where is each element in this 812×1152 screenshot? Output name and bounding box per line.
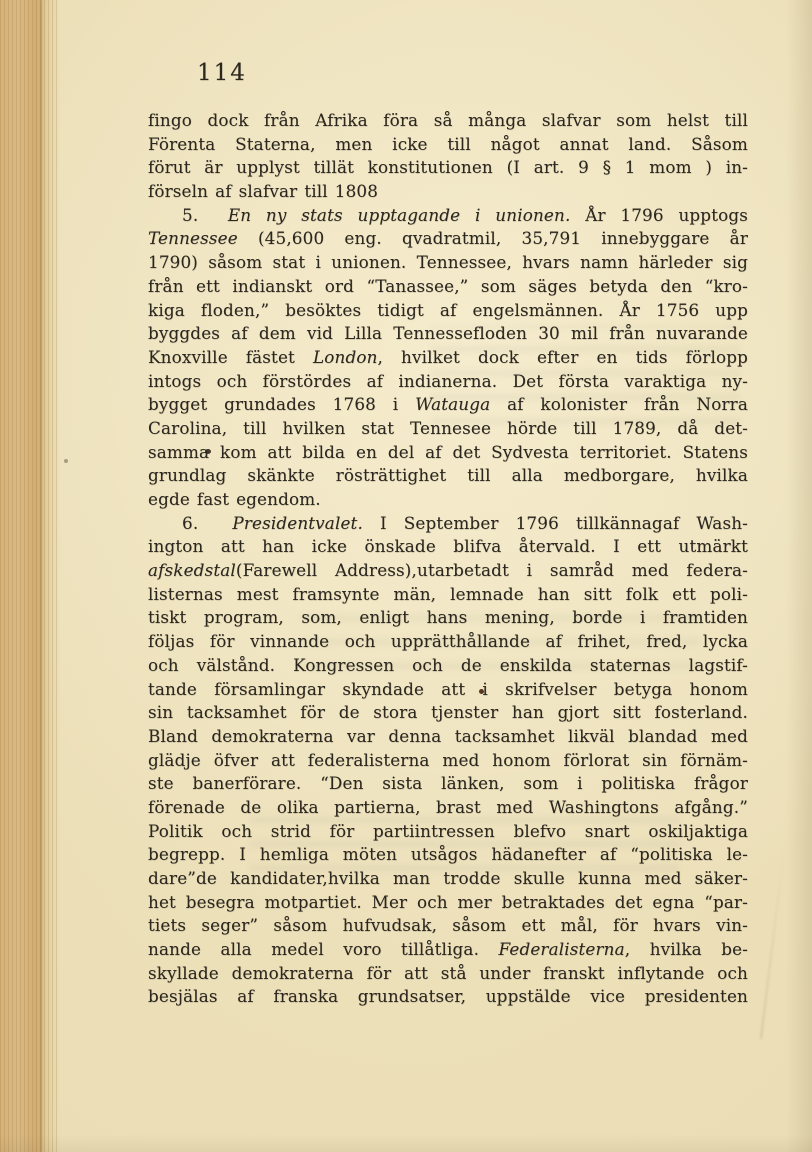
- text-line: sin tacksamhet för de stora tjenster han…: [148, 701, 748, 725]
- text-line: Carolina, till hvilken stat Tennesee hör…: [148, 417, 748, 441]
- text-segment: och välstånd. Kongressen och de enskilda…: [148, 655, 748, 675]
- text-line: skyllade demokraterna för att stå under …: [148, 962, 748, 986]
- text-line: 5. En ny stats upptagande i unionen. År …: [148, 204, 748, 228]
- text-line: 1790) såsom stat i unionen. Tennessee, h…: [148, 251, 748, 275]
- gutter-shadow-line: [40, 0, 42, 1152]
- text-line: Politik och strid för partiintressen ble…: [148, 820, 748, 844]
- book-gutter-edge: [0, 0, 60, 1152]
- text-line: kiga floden,” besöktes tidigt af engelsm…: [148, 299, 748, 323]
- italic-text-segment: Federalisterna: [498, 939, 624, 959]
- paper-crease: [760, 841, 786, 1040]
- text-segment: fingo dock från Afrika föra så många sla…: [148, 110, 748, 130]
- text-segment: af kolonister från Norra: [490, 394, 748, 414]
- text-segment: År 1796 upptogs: [570, 205, 748, 225]
- text-segment: 1790) såsom stat i unionen. Tennessee, h…: [148, 252, 748, 272]
- text-segment: Bland demokraterna var denna tacksamhet …: [148, 726, 748, 746]
- text-line: fingo dock från Afrika föra så många sla…: [148, 109, 748, 133]
- text-segment: (Farewell Address),utarbetadt i samråd m…: [236, 560, 748, 580]
- text-segment: tiskt program, som, enligt hans mening, …: [148, 607, 748, 627]
- text-line: afskedstal(Farewell Address),utarbetadt …: [148, 559, 748, 583]
- text-line: tiets seger” såsom hufvudsak, såsom ett …: [148, 914, 748, 938]
- text-line: följas för vinnande och upprätthållande …: [148, 630, 748, 654]
- text-segment: Förenta Staterna, men icke till något an…: [148, 134, 748, 154]
- book-page-scan: 114 fingo dock från Afrika föra så många…: [0, 0, 812, 1152]
- text-segment: nande alla medel voro tillåtliga.: [148, 939, 498, 959]
- italic-text-segment: Tennessee: [148, 228, 238, 248]
- text-segment: skyllade demokraterna för att stå under …: [148, 963, 748, 983]
- text-line: begrepp. I hemliga möten utsågos hädanef…: [148, 843, 748, 867]
- text-line: tande församlingar skyndade att i skrifv…: [148, 678, 748, 702]
- text-line: dare”de kandidater,hvilka man trodde sku…: [148, 867, 748, 891]
- text-segment: från ett indianskt ord “Tanassee,” som s…: [148, 276, 748, 296]
- text-segment: samma kom att bilda en del af det Sydves…: [148, 442, 748, 462]
- text-segment: dare”de kandidater,hvilka man trodde sku…: [148, 868, 748, 888]
- text-segment: följas för vinnande och upprätthållande …: [148, 631, 748, 651]
- italic-text-segment: Watauga: [415, 394, 490, 414]
- text-line: Förenta Staterna, men icke till något an…: [148, 133, 748, 157]
- text-line: byggdes af dem vid Lilla Tennessefloden …: [148, 322, 748, 346]
- text-line: listernas mest framsynte män, lemnade ha…: [148, 583, 748, 607]
- italic-text-segment: London: [313, 347, 378, 367]
- page-number: 114: [197, 60, 247, 86]
- text-segment: kiga floden,” besöktes tidigt af engelsm…: [148, 300, 748, 320]
- text-line: Tennessee (45,600 eng. qvadratmil, 35,79…: [148, 227, 748, 251]
- text-line: nande alla medel voro tillåtliga. Federa…: [148, 938, 748, 962]
- text-line: från ett indianskt ord “Tanassee,” som s…: [148, 275, 748, 299]
- text-segment: 6.: [182, 513, 232, 533]
- text-segment: egde fast egendom.: [148, 489, 321, 509]
- page-text: fingo dock från Afrika föra så många sla…: [148, 109, 748, 1009]
- text-line: Bland demokraterna var denna tacksamhet …: [148, 725, 748, 749]
- text-line: Knoxville fästet London, hvilket dock ef…: [148, 346, 748, 370]
- text-line: förenade de olika partierna, brast med W…: [148, 796, 748, 820]
- text-segment: byggdes af dem vid Lilla Tennessefloden …: [148, 323, 748, 343]
- text-line: ste banerförare. “Den sista länken, som …: [148, 772, 748, 796]
- text-line: bygget grundades 1768 i Watauga af kolon…: [148, 393, 748, 417]
- text-segment: tiets seger” såsom hufvudsak, såsom ett …: [148, 915, 748, 935]
- text-line: ington att han icke önskade blifva återv…: [148, 535, 748, 559]
- text-segment: förut är upplyst tillät konstitutionen (…: [148, 157, 748, 177]
- text-segment: glädje öfver att federalisterna med hono…: [148, 750, 748, 770]
- italic-text-segment: afskedstal: [148, 560, 236, 580]
- text-line: het besegra motpartiet. Mer och mer betr…: [148, 891, 748, 915]
- text-line: besjälas af franska grundsatser, uppstäl…: [148, 985, 748, 1009]
- text-segment: (45,600 eng. qvadratmil, 35,791 innebygg…: [238, 228, 748, 248]
- text-segment: sin tacksamhet för de stora tjenster han…: [148, 702, 748, 722]
- text-segment: het besegra motpartiet. Mer och mer betr…: [148, 892, 748, 912]
- text-line: tiskt program, som, enligt hans mening, …: [148, 606, 748, 630]
- text-segment: förenade de olika partierna, brast med W…: [148, 797, 748, 817]
- text-segment: ington att han icke önskade blifva återv…: [148, 536, 748, 556]
- text-segment: Carolina, till hvilken stat Tennesee hör…: [148, 418, 748, 438]
- text-segment: tande församlingar skyndade att i skrifv…: [148, 679, 748, 699]
- text-line: förseln af slafvar till 1808: [148, 180, 748, 204]
- text-segment: besjälas af franska grundsatser, uppstäl…: [148, 986, 748, 1006]
- text-line: glädje öfver att federalisterna med hono…: [148, 749, 748, 773]
- text-line: egde fast egendom.: [148, 488, 748, 512]
- text-segment: ste banerförare. “Den sista länken, som …: [148, 773, 748, 793]
- text-segment: Knoxville fästet: [148, 347, 313, 367]
- text-line: 6. Presidentvalet. I September 1796 till…: [148, 512, 748, 536]
- text-segment: grundlag skänkte rösträttighet till alla…: [148, 465, 748, 485]
- italic-text-segment: En ny stats upptagande i unionen.: [228, 205, 571, 225]
- text-line: intogs och förstördes af indianerna. Det…: [148, 370, 748, 394]
- text-line: grundlag skänkte rösträttighet till alla…: [148, 464, 748, 488]
- page-right-shading: [786, 0, 812, 1152]
- text-segment: , hvilka be-: [625, 939, 748, 959]
- text-segment: 5.: [182, 205, 228, 225]
- text-segment: listernas mest framsynte män, lemnade ha…: [148, 584, 748, 604]
- text-segment: Politik och strid för partiintressen ble…: [148, 821, 748, 841]
- italic-text-segment: Presidentvalet.: [232, 513, 363, 533]
- text-segment: , hvilket dock efter en tids förlopp: [378, 347, 748, 367]
- text-line: och välstånd. Kongressen och de enskilda…: [148, 654, 748, 678]
- text-segment: I September 1796 tillkännagaf Wash-: [363, 513, 748, 533]
- text-line: samma kom att bilda en del af det Sydves…: [148, 441, 748, 465]
- text-line: förut är upplyst tillät konstitutionen (…: [148, 156, 748, 180]
- text-segment: intogs och förstördes af indianerna. Det…: [148, 371, 748, 391]
- text-segment: begrepp. I hemliga möten utsågos hädanef…: [148, 844, 748, 864]
- page-bottom-shading: [0, 1134, 812, 1152]
- ink-spot: [64, 459, 68, 463]
- text-segment: förseln af slafvar till 1808: [148, 181, 378, 201]
- text-segment: bygget grundades 1768 i: [148, 394, 415, 414]
